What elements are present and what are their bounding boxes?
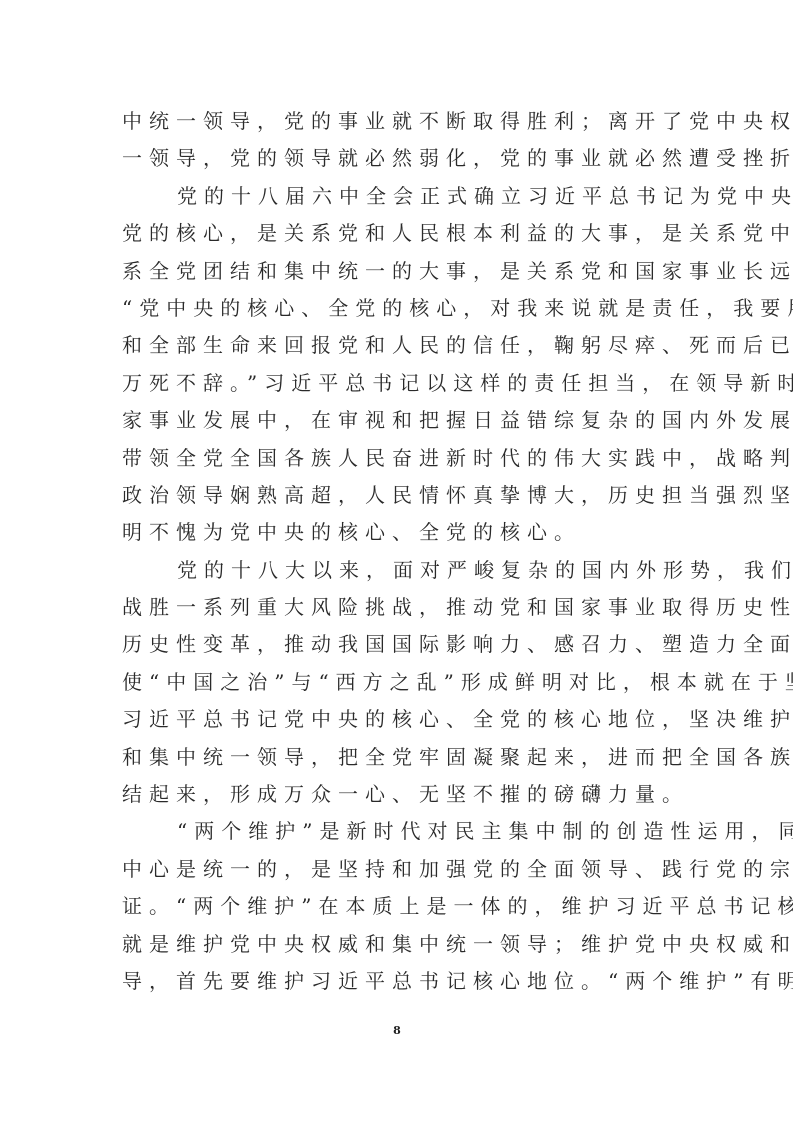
text-line: 中统一领导，党的事业就不断取得胜利；离开了党中央权威和集中统 (122, 103, 678, 140)
text-line: 带领全党全国各族人民奋进新时代的伟大实践中，战略判断高瞻远瞩， (122, 440, 678, 477)
text-line: 党的核心，是关系党和人民根本利益的大事，是关系党中央权威、关 (122, 215, 678, 252)
text-line: 使“中国之治”与“西方之乱”形成鲜明对比，根本就在于坚决维护 (122, 664, 678, 701)
document-page: 中统一领导，党的事业就不断取得胜利；离开了党中央权威和集中统 一领导，党的领导就… (0, 0, 793, 1122)
text-line: 中心是统一的，是坚持和加强党的全面领导、践行党的宗旨的根本保 (122, 851, 678, 888)
text-line: 历史性变革，推动我国国际影响力、感召力、塑造力全面显著提高， (122, 626, 678, 663)
text-line: 导，首先要维护习近平总书记核心地位。“两个维护”有明确的内涵 (122, 963, 678, 1000)
text-line: 家事业发展中，在审视和把握日益错综复杂的国内外发展大势中，在 (122, 402, 678, 439)
text-line: 明不愧为党中央的核心、全党的核心。 (122, 514, 678, 551)
paragraph-start-line: 党的十八大以来，面对严峻复杂的国内外形势，我们党之所以能 (122, 552, 678, 589)
page-number: 8 (391, 1024, 403, 1037)
text-line: 证。“两个维护”在本质上是一体的，维护习近平总书记核心地位， (122, 888, 678, 925)
text-line: 和集中统一领导，把全党牢固凝聚起来，进而把全国各族人民紧密团 (122, 739, 678, 776)
text-line: 系全党团结和集中统一的大事，是关系党和国家事业长远发展的大事。 (122, 253, 678, 290)
text-line: 结起来，形成万众一心、无坚不摧的磅礴力量。 (122, 776, 678, 813)
text-line: “党中央的核心、全党的核心，对我来说就是责任，我要用毕生精力 (122, 290, 678, 327)
text-line: 和全部生命来回报党和人民的信任，鞠躬尽瘁、死而后已，赴汤蹈火、 (122, 327, 678, 364)
text-line: 战胜一系列重大风险挑战，推动党和国家事业取得历史性成就、发生 (122, 589, 678, 626)
paragraph-start-line: 党的十八届六中全会正式确立习近平总书记为党中央的核心、全 (122, 178, 678, 215)
text-line: 政治领导娴熟高超，人民情怀真挚博大，历史担当强烈坚定，充分证 (122, 477, 678, 514)
text-line: 一领导，党的领导就必然弱化，党的事业就必然遭受挫折。 (122, 140, 678, 177)
text-line: 习近平总书记党中央的核心、全党的核心地位，坚决维护党中央权威 (122, 701, 678, 738)
paragraph-start-line: “两个维护”是新时代对民主集中制的创造性运用，同以人民为 (122, 813, 678, 850)
text-line: 就是维护党中央权威和集中统一领导；维护党中央权威和集中统一领 (122, 926, 678, 963)
text-line: 万死不辞。”习近平总书记以这样的责任担当，在领导新时代党和国 (122, 365, 678, 402)
body-text: 中统一领导，党的事业就不断取得胜利；离开了党中央权威和集中统 一领导，党的领导就… (122, 103, 678, 1000)
